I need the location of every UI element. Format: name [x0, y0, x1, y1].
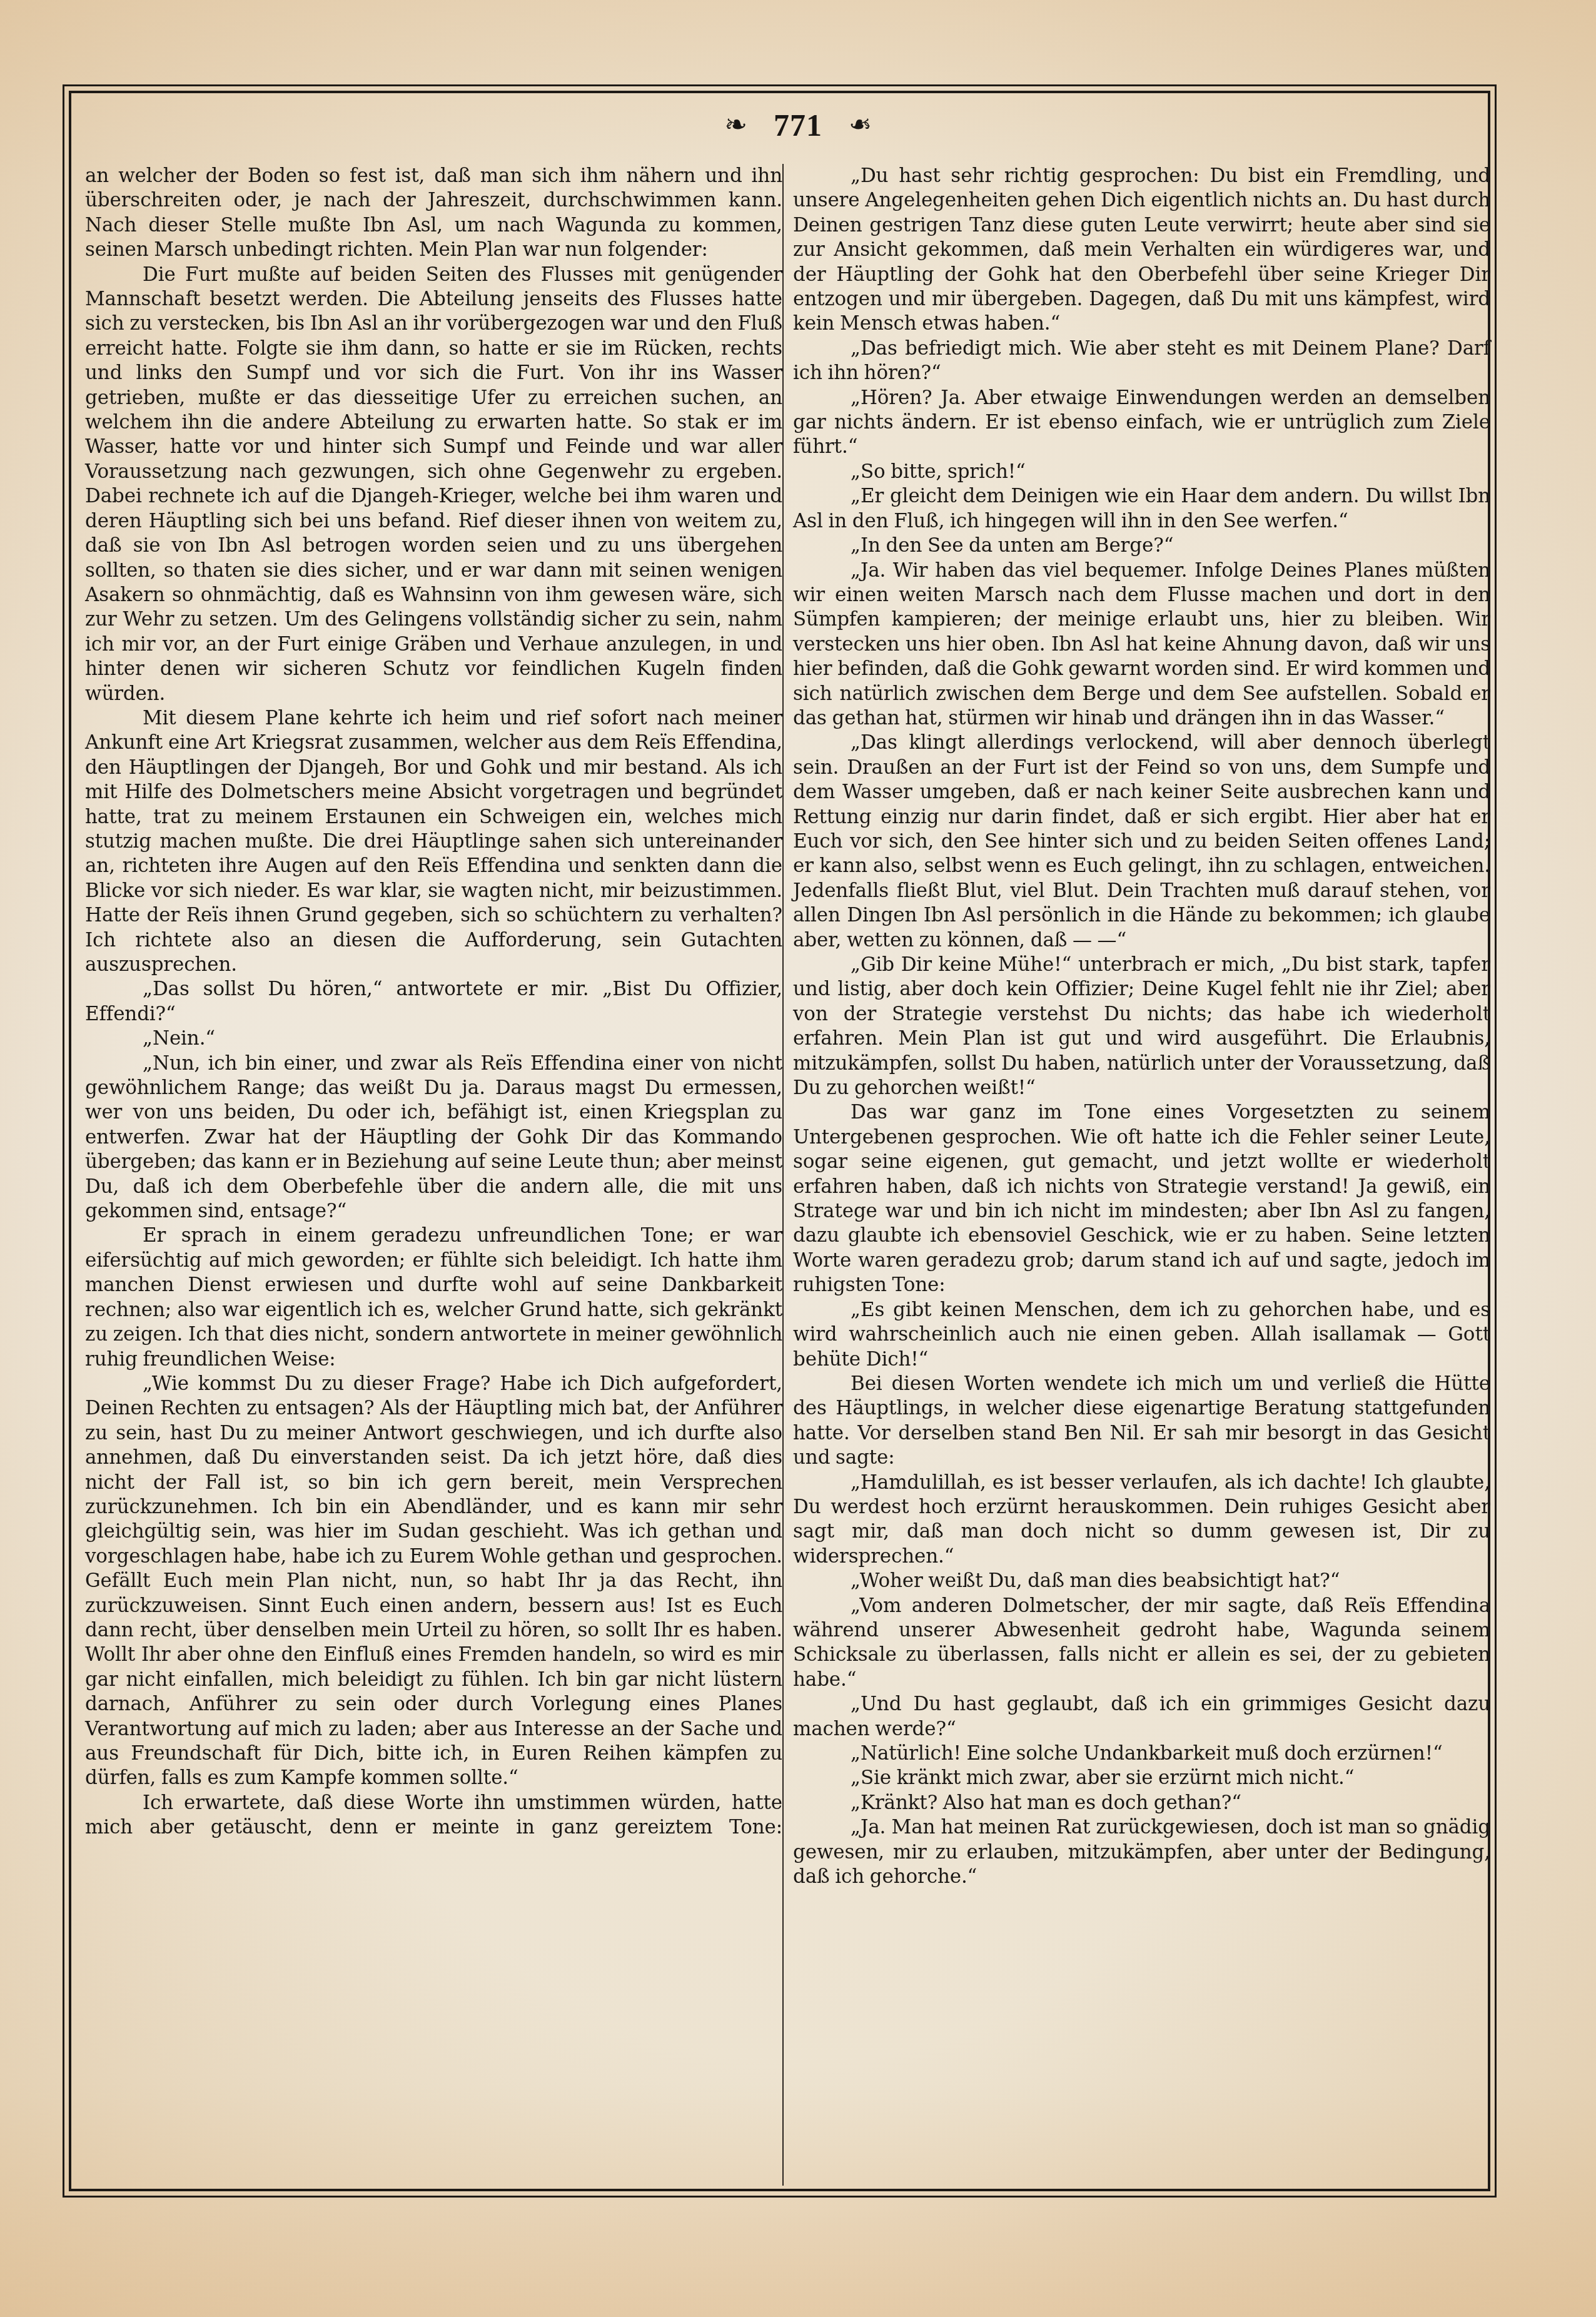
- paragraph: „Das befriedigt mich. Wie aber steht es …: [793, 337, 1490, 386]
- paragraph: „Und Du hast geglaubt, daß ich ein grimm…: [793, 1692, 1490, 1742]
- paragraph: „So bitte, sprich!“: [793, 460, 1490, 484]
- right-ornament-icon: ❧: [849, 111, 872, 139]
- page-header: ❧ 771 ❧: [0, 106, 1596, 144]
- left-ornament-icon: ❧: [724, 111, 747, 139]
- paragraph: „Wie kommst Du zu dieser Frage? Habe ich…: [85, 1372, 782, 1791]
- paragraph: Ich erwartete, daß diese Worte ihn umsti…: [85, 1791, 782, 1840]
- paragraph: „Nun, ich bin einer, und zwar als Reïs E…: [85, 1052, 782, 1224]
- paragraph: Er sprach in einem geradezu unfreundlich…: [85, 1224, 782, 1371]
- paragraph: „Woher weißt Du, daß man dies beabsichti…: [793, 1569, 1490, 1593]
- paragraph: Bei diesen Worten wendete ich mich um un…: [793, 1372, 1490, 1471]
- paragraph: an welcher der Boden so fest ist, daß ma…: [85, 164, 782, 263]
- paragraph: „Er gleicht dem Deinigen wie ein Haar de…: [793, 484, 1490, 534]
- page-number: 771: [774, 107, 822, 143]
- paragraph: „Nein.“: [85, 1027, 782, 1051]
- paragraph: „Sie kränkt mich zwar, aber sie erzürnt …: [793, 1766, 1490, 1790]
- paragraph: „In den See da unten am Berge?“: [793, 534, 1490, 558]
- left-column: an welcher der Boden so fest ist, daß ma…: [85, 164, 782, 1840]
- paragraph: „Kränkt? Also hat man es doch gethan?“: [793, 1791, 1490, 1815]
- paragraph: „Gib Dir keine Mühe!“ unterbrach er mich…: [793, 953, 1490, 1100]
- paragraph: „Hören? Ja. Aber etwaige Einwendungen we…: [793, 386, 1490, 460]
- paragraph: „Das klingt allerdings verlockend, will …: [793, 731, 1490, 953]
- paragraph: „Natürlich! Eine solche Undankbarkeit mu…: [793, 1742, 1490, 1766]
- right-column: „Du hast sehr richtig gesprochen: Du bis…: [793, 164, 1490, 1889]
- paragraph: „Es gibt keinen Menschen, dem ich zu geh…: [793, 1298, 1490, 1372]
- paragraph: Die Furt mußte auf beiden Seiten des Flu…: [85, 263, 782, 706]
- column-divider: [782, 164, 784, 2186]
- paragraph: Mit diesem Plane kehrte ich heim und rie…: [85, 706, 782, 977]
- paragraph: „Das sollst Du hören,“ antwortete er mir…: [85, 977, 782, 1027]
- paragraph: „Ja. Man hat meinen Rat zurückgewiesen, …: [793, 1815, 1490, 1889]
- paragraph: Das war ganz im Tone eines Vorgesetzten …: [793, 1100, 1490, 1297]
- paragraph: „Hamdulillah, es ist besser verlaufen, a…: [793, 1471, 1490, 1569]
- paragraph: „Ja. Wir haben das viel bequemer. Infolg…: [793, 559, 1490, 731]
- paragraph: „Du hast sehr richtig gesprochen: Du bis…: [793, 164, 1490, 337]
- paragraph: „Vom anderen Dolmetscher, der mir sagte,…: [793, 1594, 1490, 1693]
